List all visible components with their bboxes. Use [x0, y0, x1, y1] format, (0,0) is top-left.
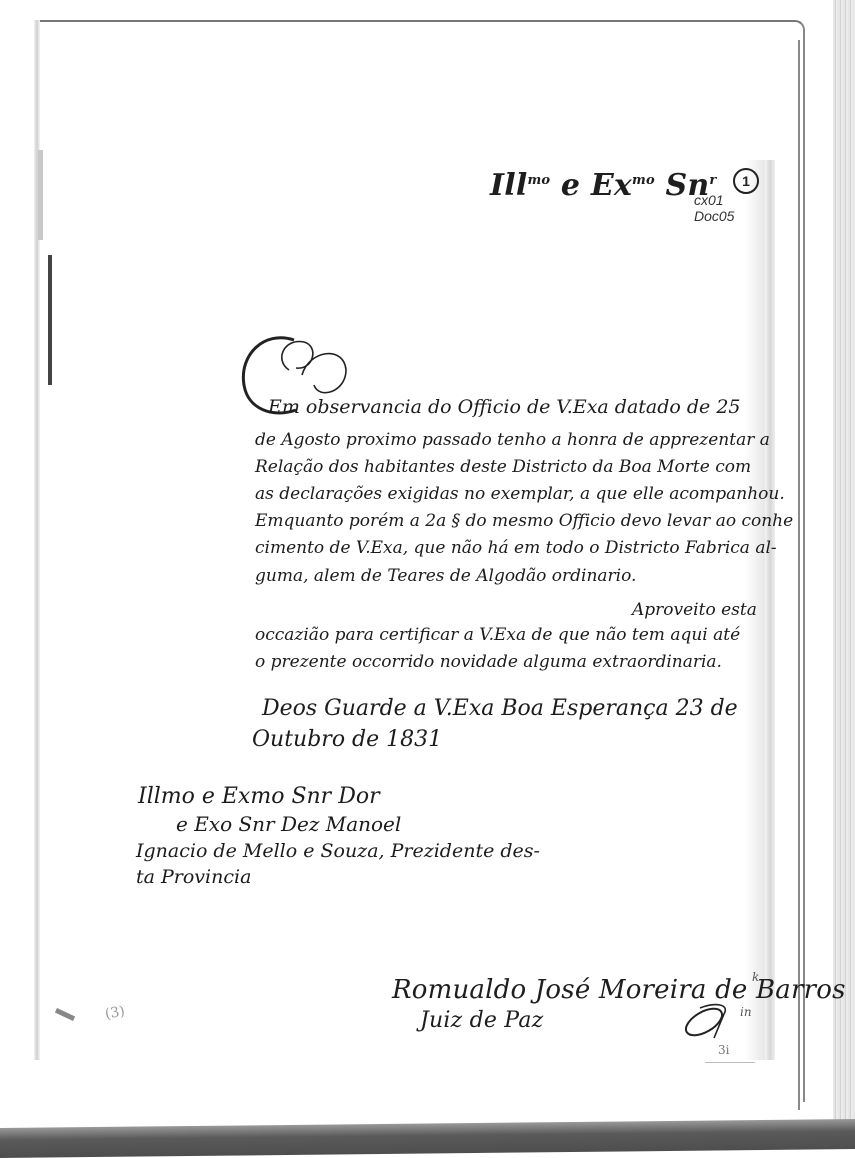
- page-corner: [705, 1062, 755, 1063]
- scanner-bed-shadow: [0, 1119, 855, 1158]
- salutation: Illmo e Exmo Snr: [490, 168, 716, 203]
- letter-page-edge: [765, 160, 775, 1060]
- body-line: o prezente occorrido novidade alguma ext…: [255, 652, 722, 672]
- body-line: Em observancia do Officio de V.Exa datad…: [268, 396, 741, 418]
- body-line: Emquanto porém a 2a § do mesmo Officio d…: [255, 511, 793, 531]
- closing-line: Outubro de 1831: [252, 727, 442, 752]
- folder-edge: [833, 0, 855, 1128]
- body-line: as declarações exigidas no exemplar, a q…: [255, 484, 785, 504]
- body-line: guma, alem de Teares de Algodão ordinari…: [255, 566, 636, 586]
- margin-note: 3i: [718, 1043, 729, 1057]
- addressee-line: Ignacio de Mello e Souza, Prezidente des…: [136, 840, 540, 862]
- body-line: Aproveito esta: [632, 600, 757, 620]
- folio-number: 1: [733, 168, 759, 194]
- signature-title: Juiz de Paz: [420, 1008, 543, 1033]
- margin-note: k: [752, 970, 759, 984]
- closing-line: Deos Guarde a V.Exa Boa Esperança 23 de: [262, 696, 738, 721]
- signature-name: Romualdo José Moreira de Barros: [392, 975, 846, 1005]
- binding-mark-faint: [38, 150, 43, 240]
- margin-note: (3): [104, 1003, 126, 1022]
- addressee-line: ta Provincia: [136, 866, 251, 888]
- body-line: cimento de V.Exa, que não há em todo o D…: [255, 538, 777, 558]
- body-line: occazião para certificar a V.Exa de que …: [255, 625, 740, 645]
- margin-note: in: [740, 1005, 752, 1019]
- body-line: Relação dos habitantes deste Districto d…: [255, 457, 751, 477]
- addressee-line: Illmo e Exmo Snr Dor: [138, 784, 380, 809]
- archive-doc-ref: Doc05: [694, 208, 734, 224]
- addressee-line: e Exo Snr Dez Manoel: [176, 812, 401, 836]
- signature-rubric-icon: [680, 1000, 740, 1040]
- body-line: de Agosto proximo passado tenho a honra …: [255, 430, 770, 450]
- folder-fold-line: [798, 40, 800, 1110]
